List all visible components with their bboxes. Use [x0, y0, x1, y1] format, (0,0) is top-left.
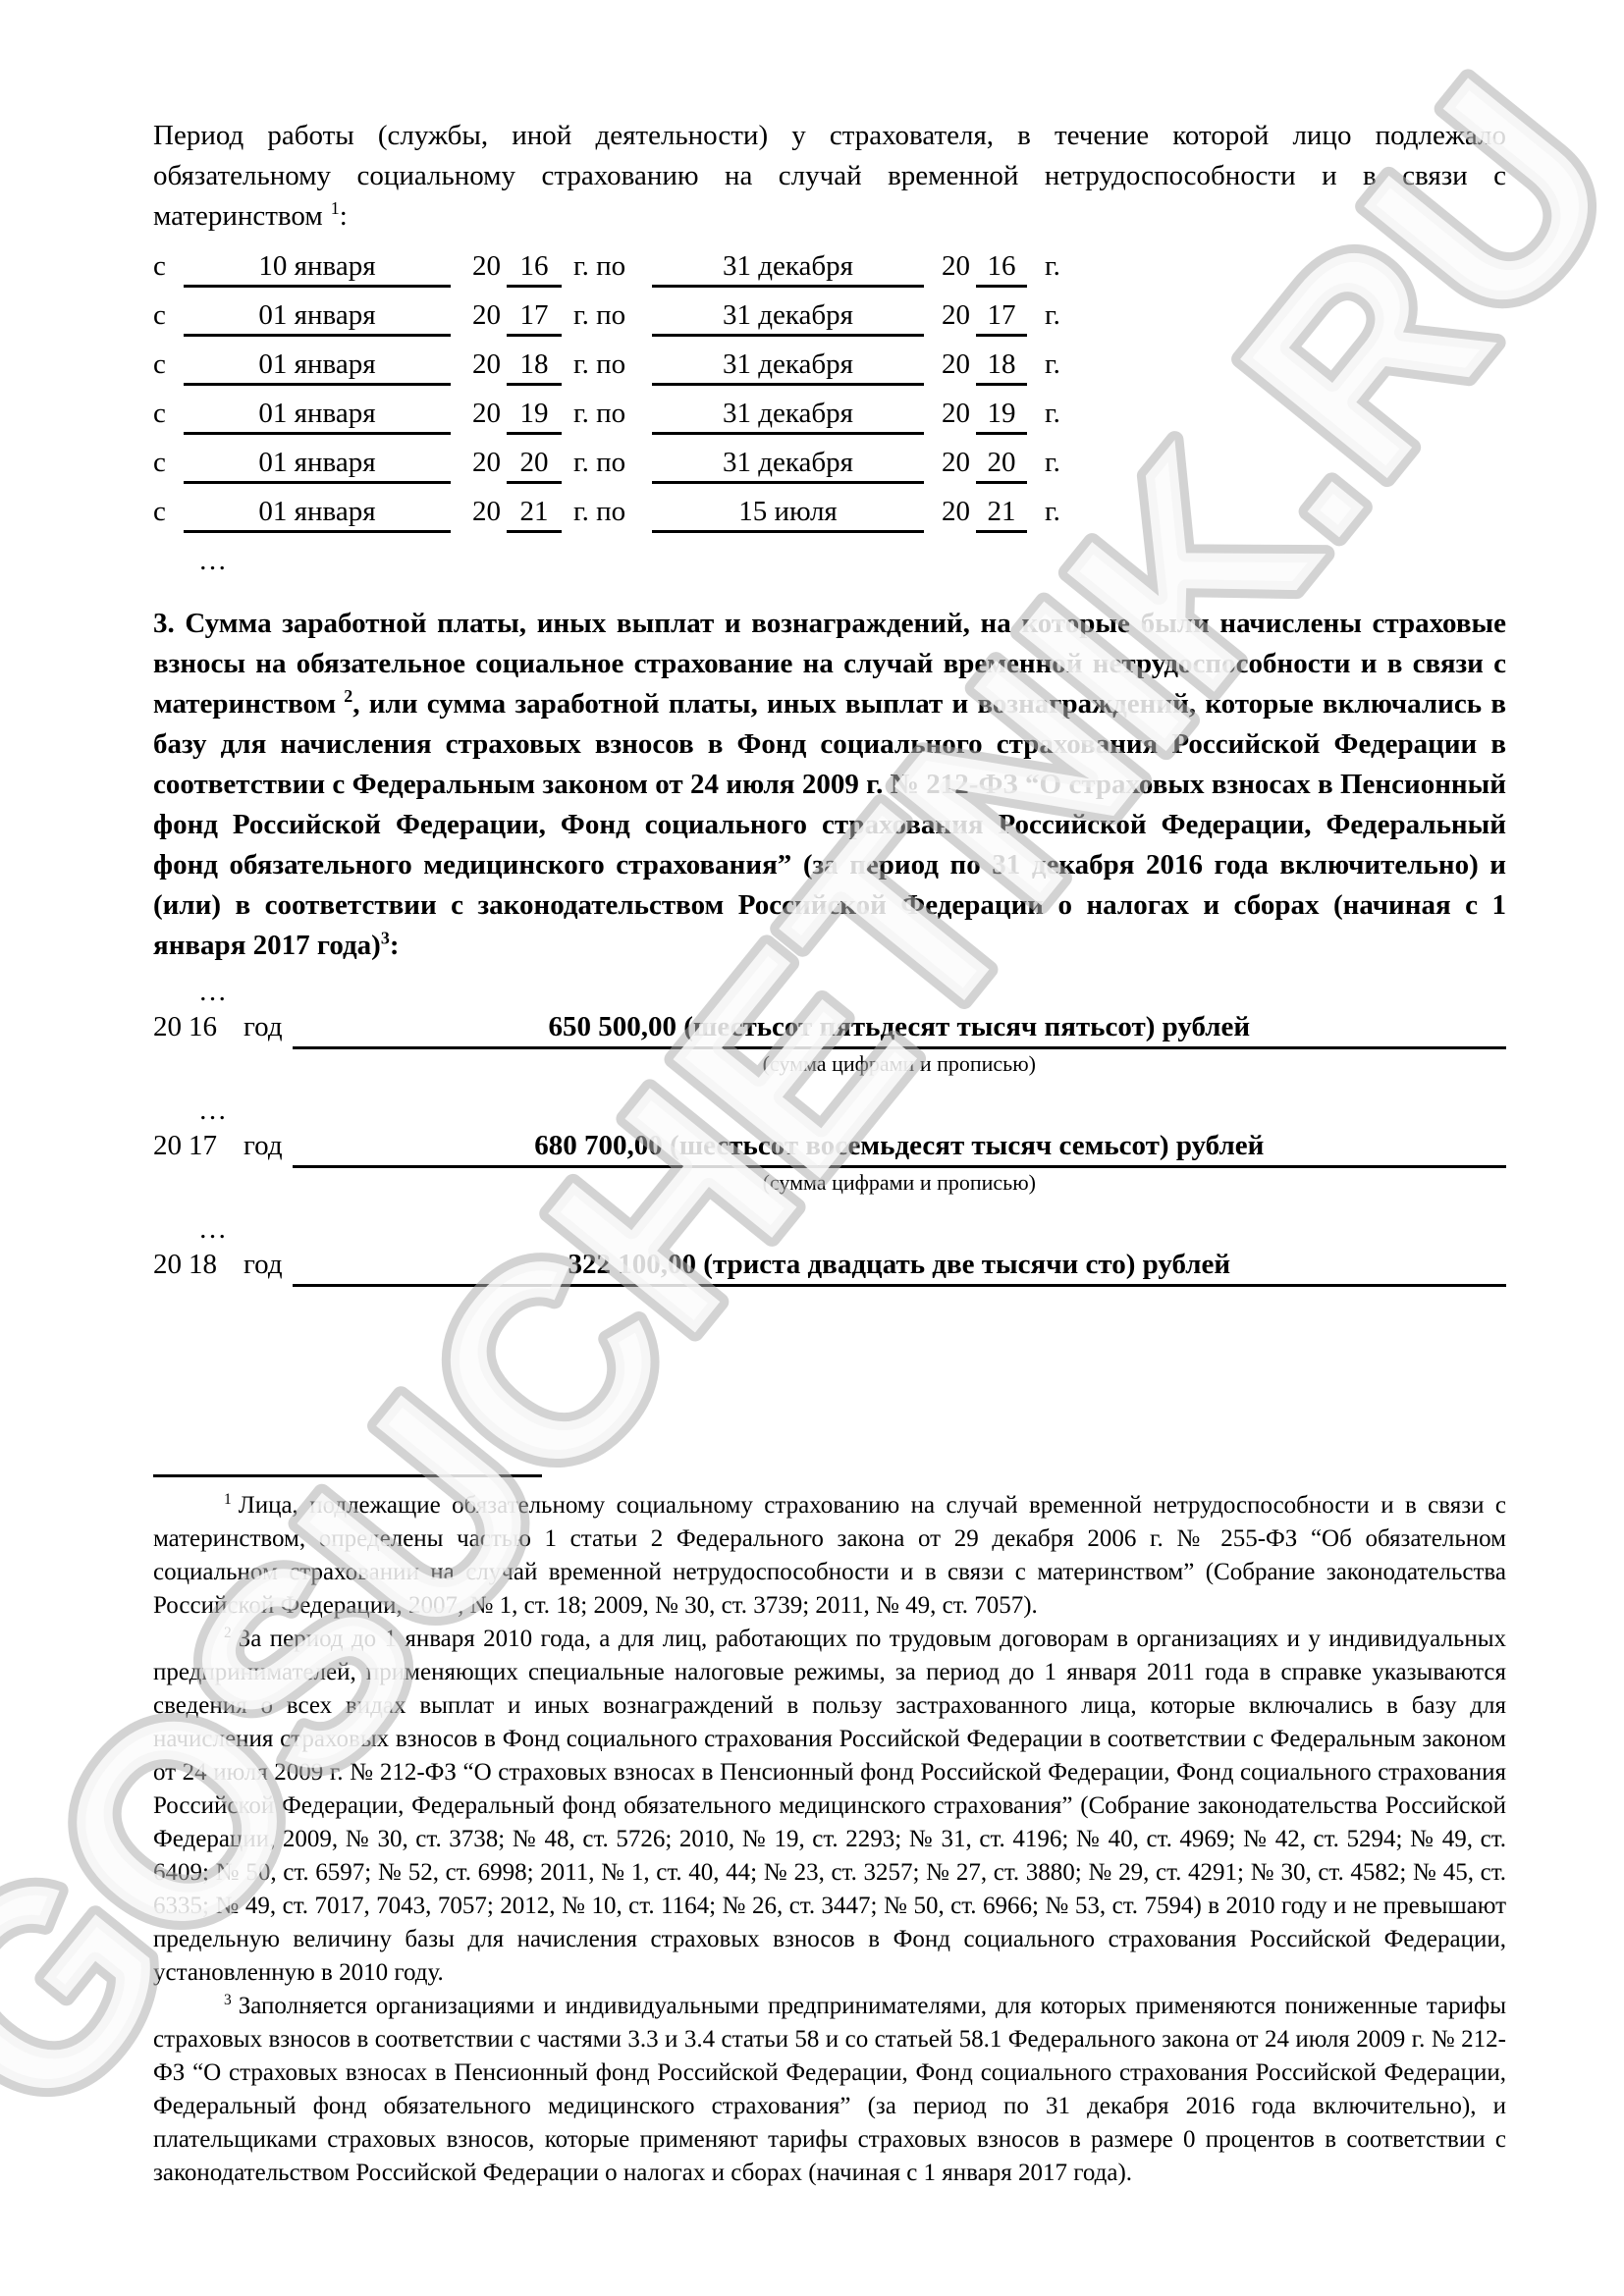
period-from-label: с	[153, 250, 179, 283]
period-end-year-field: 17	[976, 299, 1027, 337]
amount-row: 20 18 год 322 100,00 (триста двадцать дв…	[153, 1249, 1506, 1316]
period-end-field: 31 декабря	[652, 299, 924, 337]
amount-value: 680 700,00 (шестьсот восемьдесят тысяч с…	[293, 1130, 1506, 1168]
period-from-label: с	[153, 348, 179, 381]
period-start-year-field: 19	[507, 398, 562, 435]
amount-year-label: год	[244, 1249, 283, 1281]
period-year-suffix: г.	[1045, 299, 1060, 332]
amount-row: 20 16 год 650 500,00 (шестьсот пятьдесят…	[153, 1011, 1506, 1079]
period-from-label: с	[153, 299, 179, 332]
period-row: с 01 января 20 20 г. по 31 декабря 20 20…	[153, 447, 1506, 496]
period-end-field: 31 декабря	[652, 398, 924, 435]
amount-value: 322 100,00 (триста двадцать две тысячи с…	[293, 1249, 1506, 1287]
footnote-3: 3Заполняется организациями и индивидуаль…	[153, 1990, 1506, 2190]
amount-year-label: год	[244, 1011, 283, 1043]
footnote-ref-2: 2	[344, 686, 352, 706]
amount-block: … 20 17 год 680 700,00 (шестьсот восемьд…	[153, 1095, 1506, 1198]
document-body: Период работы (службы, иной деятельности…	[153, 116, 1506, 1332]
intro-colon: :	[340, 200, 348, 232]
footnote-1: 1Лица, подлежащие обязательному социальн…	[153, 1489, 1506, 1623]
period-start-year-field: 17	[507, 299, 562, 337]
period-row: с 01 января 20 21 г. по 15 июля 20 21 г.	[153, 496, 1506, 545]
section3-colon: :	[390, 930, 400, 961]
amount-row: 20 17 год 680 700,00 (шестьсот восемьдес…	[153, 1130, 1506, 1198]
period-year-suffix: г.	[1045, 398, 1060, 430]
period-end-field: 31 декабря	[652, 250, 924, 288]
footnote-ref-1: 1	[331, 198, 340, 218]
footnote-marker: 3	[224, 1992, 232, 2008]
period-century: 20	[472, 299, 501, 332]
period-year-suffix: г.	[1045, 447, 1060, 479]
footnotes-section: 1Лица, подлежащие обязательному социальн…	[153, 1474, 1506, 2190]
period-end-field: 31 декабря	[652, 348, 924, 386]
section3-text-part2: , или сумма заработной платы, иных выпла…	[153, 688, 1506, 961]
period-year-suffix: г.	[1045, 348, 1060, 381]
period-from-label: с	[153, 496, 179, 528]
amount-value: 650 500,00 (шестьсот пятьдесят тысяч пят…	[293, 1011, 1506, 1049]
period-row: с 01 января 20 17 г. по 31 декабря 20 17…	[153, 299, 1506, 348]
period-century: 20	[942, 398, 970, 430]
period-end-year-field: 19	[976, 398, 1027, 435]
footnote-text: За период до 1 января 2010 года, а для л…	[153, 1626, 1506, 1986]
period-to-label: г. по	[573, 447, 638, 479]
amount-year-label: год	[244, 1130, 283, 1162]
period-century: 20	[472, 348, 501, 381]
period-start-year-field: 16	[507, 250, 562, 288]
period-century: 20	[472, 250, 501, 283]
period-start-field: 01 января	[184, 348, 451, 386]
period-row: с 01 января 20 18 г. по 31 декабря 20 18…	[153, 348, 1506, 398]
amount-caption: (сумма цифрами и прописью)	[293, 1049, 1506, 1079]
period-start-year-field: 20	[507, 447, 562, 484]
period-century: 20	[472, 398, 501, 430]
period-end-year-field: 16	[976, 250, 1027, 288]
period-to-label: г. по	[573, 250, 638, 283]
intro-paragraph: Период работы (службы, иной деятельности…	[153, 116, 1506, 237]
period-year-suffix: г.	[1045, 496, 1060, 528]
amount-block: … 20 16 год 650 500,00 (шестьсот пятьдес…	[153, 976, 1506, 1079]
footnote-2: 2За период до 1 января 2010 года, а для …	[153, 1623, 1506, 1990]
period-start-year-field: 21	[507, 496, 562, 533]
amount-field: 650 500,00 (шестьсот пятьдесят тысяч пят…	[293, 1011, 1506, 1079]
period-end-year-field: 21	[976, 496, 1027, 533]
work-periods-table: с 10 января 20 16 г. по 31 декабря 20 16…	[153, 250, 1506, 588]
amount-year: 16	[189, 1011, 230, 1043]
period-century: 20	[942, 299, 970, 332]
amounts-ellipsis: …	[198, 1213, 1506, 1249]
section3-heading: 3. Сумма заработной платы, иных выплат и…	[153, 604, 1506, 966]
footnote-marker: 1	[224, 1491, 232, 1508]
amounts-ellipsis: …	[198, 1095, 1506, 1130]
period-end-field: 15 июля	[652, 496, 924, 533]
period-row: с 01 января 20 19 г. по 31 декабря 20 19…	[153, 398, 1506, 447]
intro-text: Период работы (службы, иной деятельности…	[153, 120, 1506, 232]
periods-ellipsis: …	[198, 545, 1506, 588]
period-from-label: с	[153, 398, 179, 430]
amount-year: 17	[189, 1130, 230, 1162]
period-to-label: г. по	[573, 348, 638, 381]
amount-caption: (сумма цифрами и прописью)	[293, 1168, 1506, 1198]
period-start-field: 10 января	[184, 250, 451, 288]
period-to-label: г. по	[573, 496, 638, 528]
period-year-suffix: г.	[1045, 250, 1060, 283]
amount-century: 20	[153, 1011, 182, 1043]
period-end-field: 31 декабря	[652, 447, 924, 484]
footnote-ref-3: 3	[381, 928, 390, 947]
period-century: 20	[472, 447, 501, 479]
period-start-field: 01 января	[184, 398, 451, 435]
period-from-label: с	[153, 447, 179, 479]
document-page: Период работы (службы, иной деятельности…	[0, 0, 1624, 2296]
period-start-field: 01 января	[184, 299, 451, 337]
amount-block: … 20 18 год 322 100,00 (триста двадцать …	[153, 1213, 1506, 1316]
period-century: 20	[942, 447, 970, 479]
footnote-text: Лица, подлежащие обязательному социально…	[153, 1492, 1506, 1619]
amount-field: 680 700,00 (шестьсот восемьдесят тысяч с…	[293, 1130, 1506, 1198]
period-end-year-field: 18	[976, 348, 1027, 386]
period-to-label: г. по	[573, 398, 638, 430]
amount-century: 20	[153, 1249, 182, 1281]
period-to-label: г. по	[573, 299, 638, 332]
amounts-section: … 20 16 год 650 500,00 (шестьсот пятьдес…	[153, 976, 1506, 1316]
period-century: 20	[942, 348, 970, 381]
footnote-separator	[153, 1474, 542, 1477]
period-start-field: 01 января	[184, 447, 451, 484]
amount-century: 20	[153, 1130, 182, 1162]
amounts-ellipsis: …	[198, 976, 1506, 1011]
period-century: 20	[942, 250, 970, 283]
footnote-text: Заполняется организациями и индивидуальн…	[153, 1993, 1506, 2186]
period-century: 20	[472, 496, 501, 528]
footnote-marker: 2	[224, 1625, 232, 1641]
period-start-year-field: 18	[507, 348, 562, 386]
period-century: 20	[942, 496, 970, 528]
period-end-year-field: 20	[976, 447, 1027, 484]
amount-field: 322 100,00 (триста двадцать две тысячи с…	[293, 1249, 1506, 1316]
amount-caption	[293, 1287, 1506, 1316]
period-start-field: 01 января	[184, 496, 451, 533]
amount-year: 18	[189, 1249, 230, 1281]
period-row: с 10 января 20 16 г. по 31 декабря 20 16…	[153, 250, 1506, 299]
